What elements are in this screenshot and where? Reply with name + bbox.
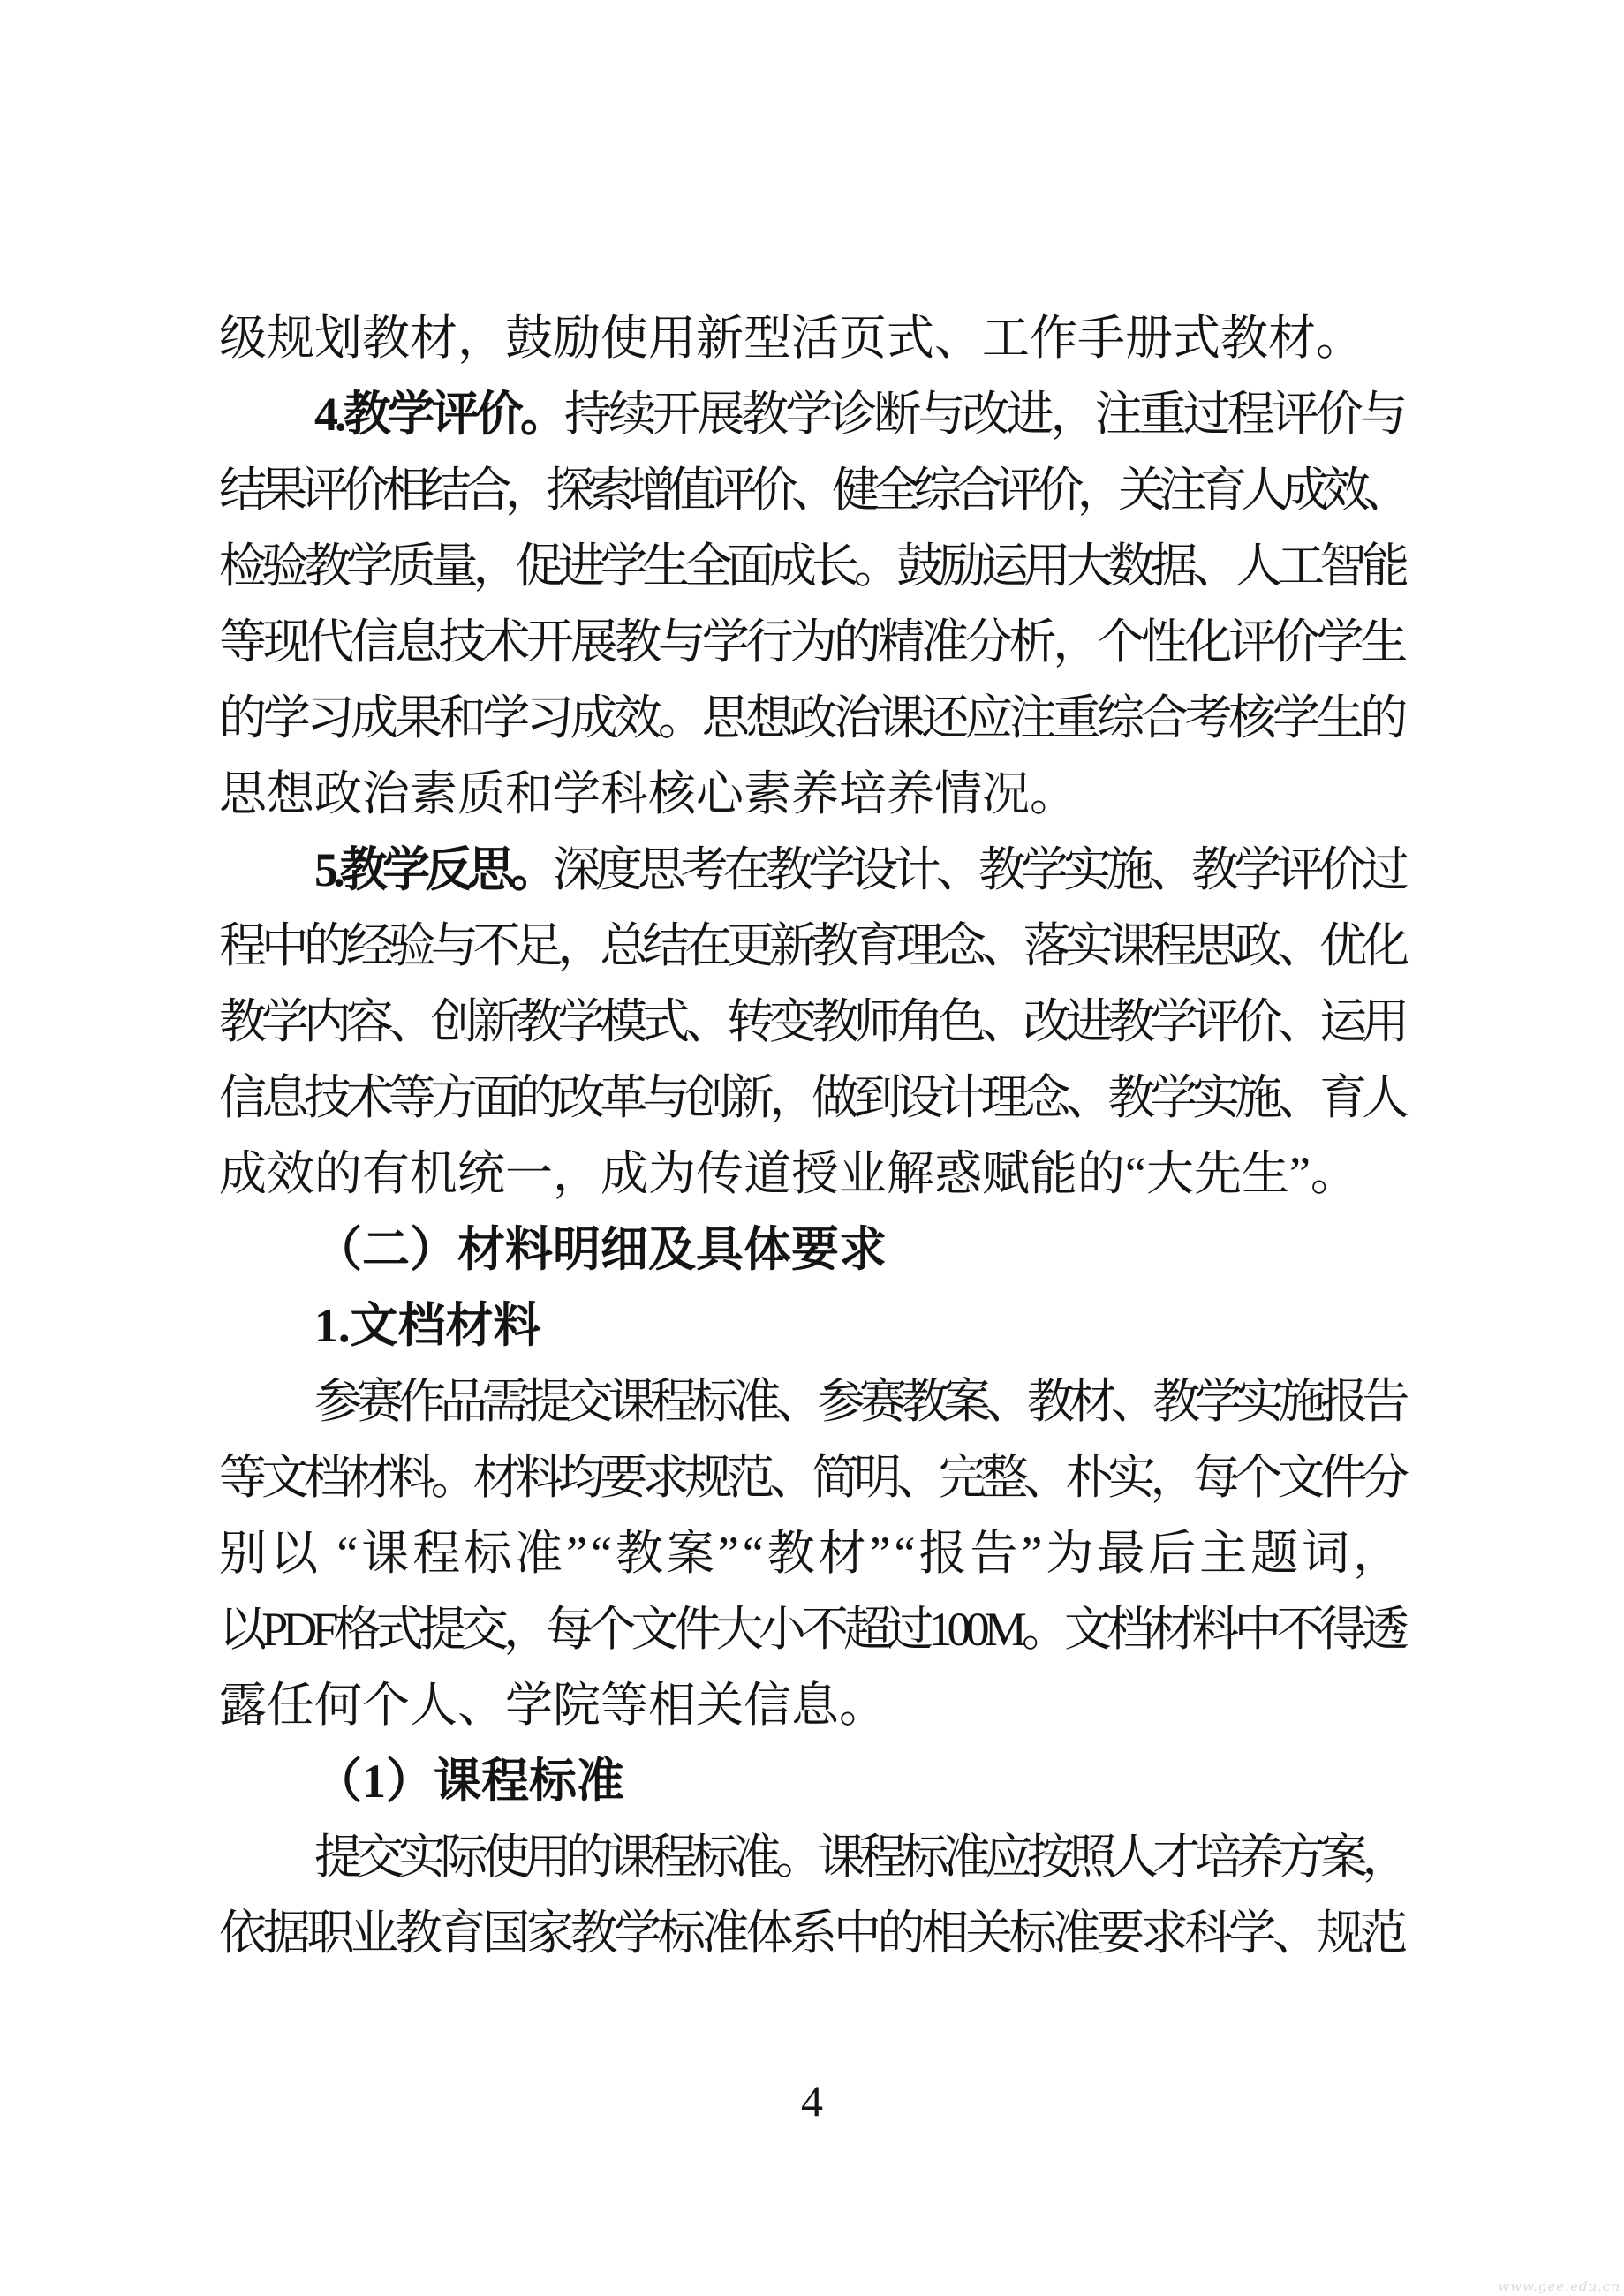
- text-line-content: 信息技术等方面的改革与创新，做到设计理念、教学实施、育人: [219, 1071, 1404, 1124]
- text-segment: 思想政治素质和学科核心素养培养情况。: [219, 767, 1077, 820]
- text-segment: 提交实际使用的课程标准。课程标准应按照人才培养方案，: [314, 1831, 1404, 1884]
- text-line: 依据职业教育国家教学标准体系中的相关标准要求科学、规范: [219, 1895, 1404, 1971]
- text-segment: 依据职业教育国家教学标准体系中的相关标准要求科学、规范: [219, 1907, 1404, 1960]
- text-line-content: 1.文档材料: [314, 1299, 541, 1352]
- text-segment: 级规划教材，鼓励使用新型活页式、工作手册式教材。: [219, 312, 1363, 365]
- text-line-content: 的学习成果和学习成效。思想政治课还应注重综合考核学生的: [219, 691, 1404, 744]
- text-line: 级规划教材，鼓励使用新型活页式、工作手册式教材。: [219, 300, 1404, 376]
- watermark-url: www.gee.edu.cn: [1498, 2278, 1620, 2294]
- text-line: 程中的经验与不足，总结在更新教育理念、落实课程思政、优化: [219, 908, 1404, 984]
- bold-text-segment: 5.教学反思。: [314, 843, 553, 896]
- text-line: 成效的有机统一，成为传道授业解惑赋能的“大先生”。: [219, 1136, 1404, 1212]
- document-page: 级规划教材，鼓励使用新型活页式、工作手册式教材。4.教学评价。持续开展教学诊断与…: [0, 0, 1624, 2296]
- text-line-content: 提交实际使用的课程标准。课程标准应按照人才培养方案，: [314, 1831, 1404, 1884]
- text-line-content: 等现代信息技术开展教与学行为的精准分析，个性化评价学生: [219, 616, 1404, 668]
- text-line: 检验教学质量，促进学生全面成长。鼓励运用大数据、人工智能: [219, 528, 1404, 604]
- text-segment: 别以 “课程标准”“教案”“教材”“报告”为最后主题词，: [219, 1527, 1404, 1580]
- text-line-content: 结果评价相结合，探索增值评价、健全综合评价，关注育人成效、: [219, 464, 1404, 517]
- text-line: 别以 “课程标准”“教案”“教材”“报告”为最后主题词，: [219, 1515, 1404, 1591]
- text-segment: 成效的有机统一，成为传道授业解惑赋能的“大先生”。: [219, 1147, 1358, 1200]
- section-heading: 1.文档材料: [219, 1288, 1404, 1363]
- text-line-content: 成效的有机统一，成为传道授业解惑赋能的“大先生”。: [219, 1147, 1358, 1200]
- text-line-content: 思想政治素质和学科核心素养培养情况。: [219, 767, 1077, 820]
- text-line: 提交实际使用的课程标准。课程标准应按照人才培养方案，: [219, 1819, 1404, 1895]
- text-line-content: 等文档材料。材料均要求规范、简明、完整、朴实，每个文件分: [219, 1451, 1404, 1504]
- text-segment: 结果评价相结合，探索增值评价、健全综合评价，关注育人成效、: [219, 464, 1404, 517]
- text-line: 参赛作品需提交课程标准、参赛教案、教材、教学实施报告: [219, 1363, 1404, 1439]
- text-line-content: 露任何个人、学院等相关信息。: [219, 1679, 887, 1732]
- text-segment: 的学习成果和学习成效。思想政治课还应注重综合考核学生的: [219, 691, 1404, 744]
- text-line-content: 检验教学质量，促进学生全面成长。鼓励运用大数据、人工智能: [219, 540, 1404, 593]
- text-line: 思想政治素质和学科核心素养培养情况。: [219, 756, 1404, 832]
- text-segment: 程中的经验与不足，总结在更新教育理念、落实课程思政、优化: [219, 919, 1404, 972]
- text-line: 的学习成果和学习成效。思想政治课还应注重综合考核学生的: [219, 680, 1404, 756]
- text-segment: 等文档材料。材料均要求规范、简明、完整、朴实，每个文件分: [219, 1451, 1404, 1504]
- text-line: 露任何个人、学院等相关信息。: [219, 1667, 1404, 1743]
- text-line-content: 程中的经验与不足，总结在更新教育理念、落实课程思政、优化: [219, 919, 1404, 972]
- section-heading: （二）材料明细及具体要求: [219, 1212, 1404, 1288]
- text-line-content: 级规划教材，鼓励使用新型活页式、工作手册式教材。: [219, 312, 1363, 365]
- text-segment: 持续开展教学诊断与改进，注重过程评价与: [564, 388, 1404, 441]
- text-line-content: （二）材料明细及具体要求: [314, 1223, 887, 1276]
- text-segment: 等现代信息技术开展教与学行为的精准分析，个性化评价学生: [219, 616, 1404, 668]
- text-line-content: 参赛作品需提交课程标准、参赛教案、教材、教学实施报告: [314, 1375, 1404, 1428]
- text-line: 以PDF格式提交，每个文件大小不超过100M。文档材料中不得透: [219, 1591, 1404, 1667]
- text-line: 等现代信息技术开展教与学行为的精准分析，个性化评价学生: [219, 604, 1404, 680]
- text-line: 信息技术等方面的改革与创新，做到设计理念、教学实施、育人: [219, 1060, 1404, 1136]
- text-line: 结果评价相结合，探索增值评价、健全综合评价，关注育人成效、: [219, 452, 1404, 528]
- text-segment: 以PDF格式提交，每个文件大小不超过100M。文档材料中不得透: [219, 1603, 1404, 1656]
- text-line: 等文档材料。材料均要求规范、简明、完整、朴实，每个文件分: [219, 1439, 1404, 1515]
- bold-text-segment: （1）课程标准: [314, 1755, 624, 1808]
- text-line-content: 依据职业教育国家教学标准体系中的相关标准要求科学、规范: [219, 1907, 1404, 1960]
- text-line-content: 别以 “课程标准”“教案”“教材”“报告”为最后主题词，: [219, 1527, 1404, 1580]
- text-line-content: （1）课程标准: [314, 1755, 624, 1808]
- bold-text-segment: 1.文档材料: [314, 1299, 541, 1352]
- bold-text-segment: （二）材料明细及具体要求: [314, 1223, 887, 1276]
- text-line-content: 5.教学反思。深度思考在教学设计、教学实施、教学评价过: [314, 843, 1404, 896]
- text-line-content: 4.教学评价。持续开展教学诊断与改进，注重过程评价与: [314, 388, 1404, 441]
- text-line-content: 教学内容、创新教学模式、转变教师角色、改进教学评价、运用: [219, 995, 1404, 1048]
- text-segment: 信息技术等方面的改革与创新，做到设计理念、教学实施、育人: [219, 1071, 1404, 1124]
- text-line-content: 以PDF格式提交，每个文件大小不超过100M。文档材料中不得透: [219, 1603, 1404, 1656]
- text-line: 5.教学反思。深度思考在教学设计、教学实施、教学评价过: [219, 832, 1404, 908]
- text-block: 级规划教材，鼓励使用新型活页式、工作手册式教材。4.教学评价。持续开展教学诊断与…: [219, 300, 1404, 1971]
- text-segment: 教学内容、创新教学模式、转变教师角色、改进教学评价、运用: [219, 995, 1404, 1048]
- page-number: 4: [0, 2075, 1624, 2126]
- text-line: 4.教学评价。持续开展教学诊断与改进，注重过程评价与: [219, 376, 1404, 452]
- text-line: 教学内容、创新教学模式、转变教师角色、改进教学评价、运用: [219, 984, 1404, 1060]
- bold-text-segment: 4.教学评价。: [314, 388, 564, 441]
- text-segment: 露任何个人、学院等相关信息。: [219, 1679, 887, 1732]
- section-heading: （1）课程标准: [219, 1743, 1404, 1819]
- text-segment: 检验教学质量，促进学生全面成长。鼓励运用大数据、人工智能: [219, 540, 1404, 593]
- text-segment: 深度思考在教学设计、教学实施、教学评价过: [553, 843, 1404, 896]
- text-segment: 参赛作品需提交课程标准、参赛教案、教材、教学实施报告: [314, 1375, 1404, 1428]
